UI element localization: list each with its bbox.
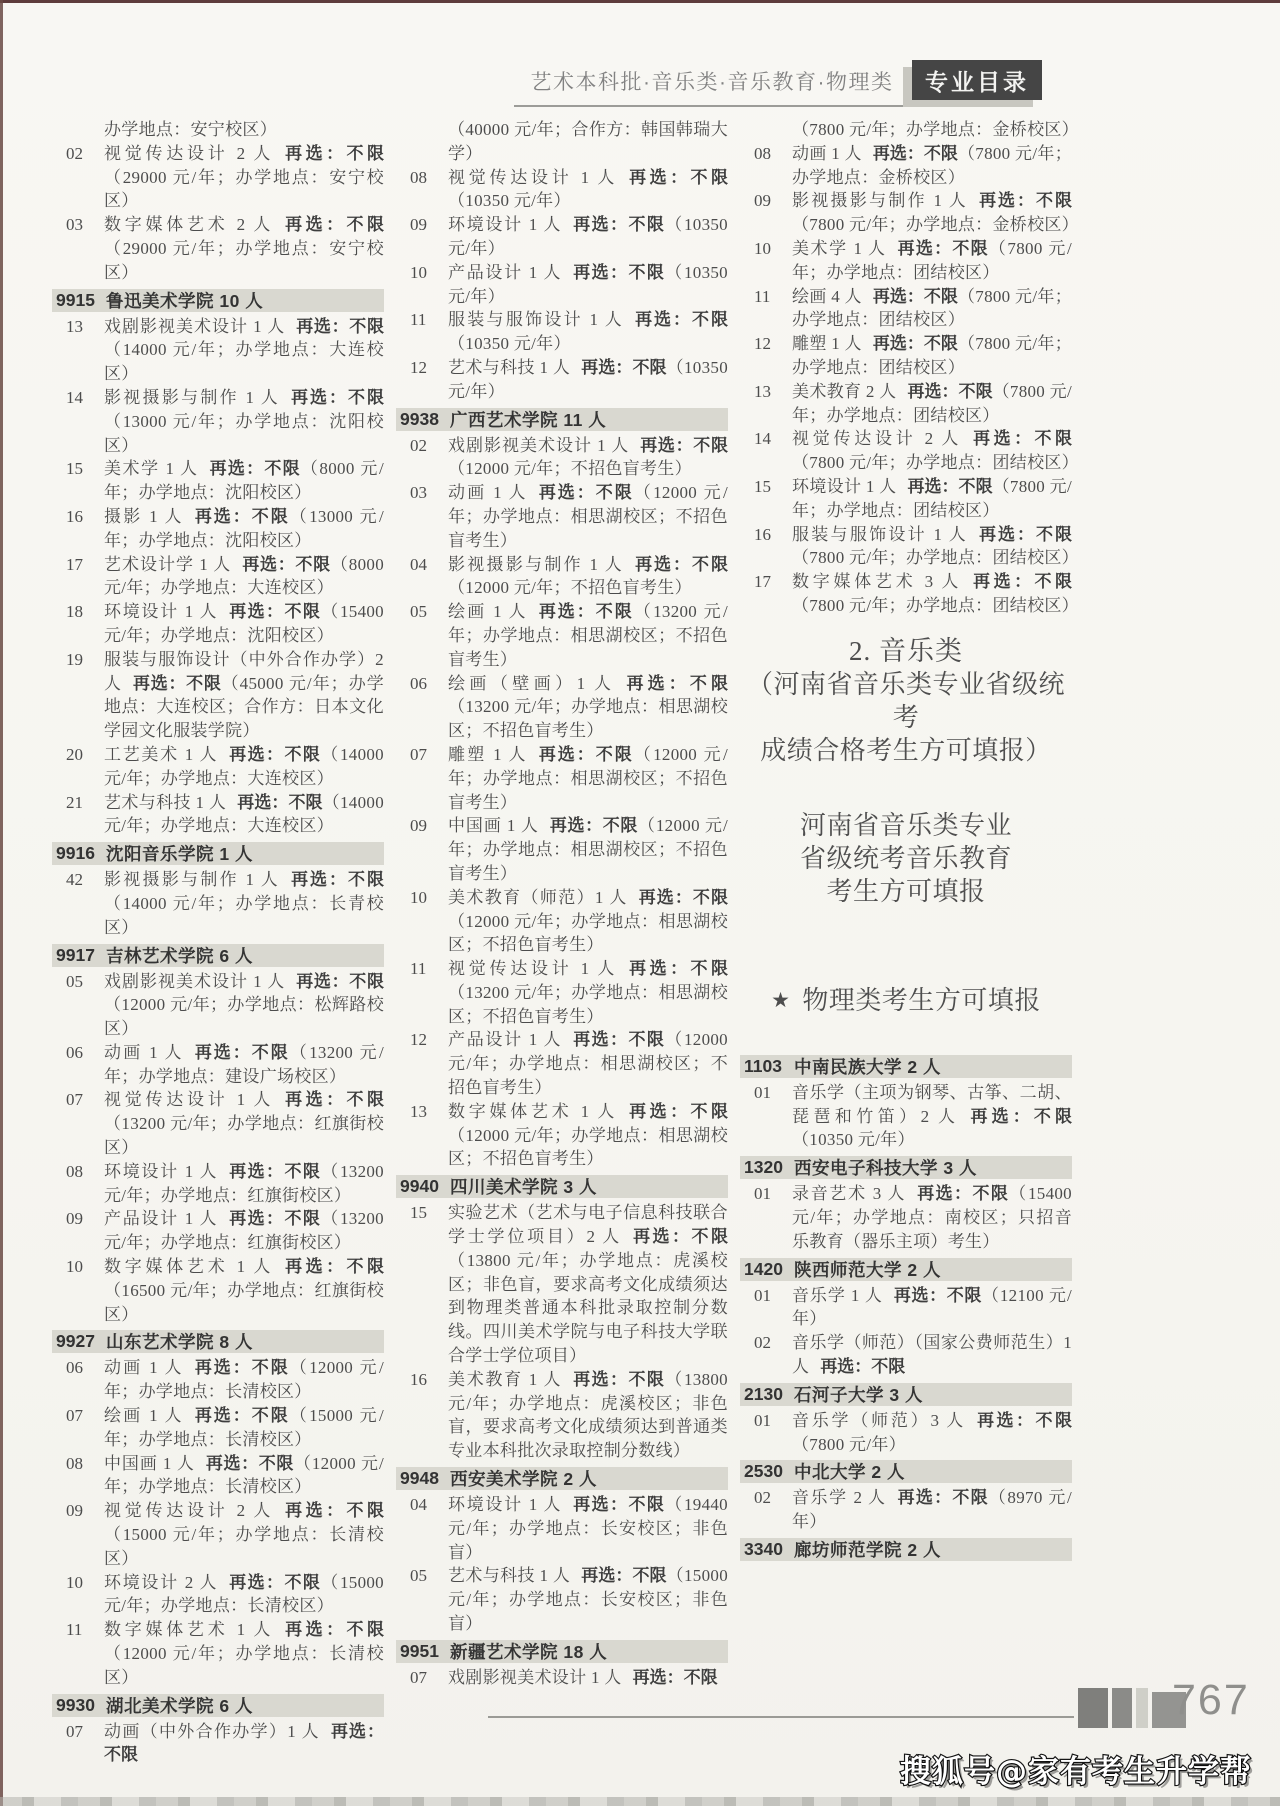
entry-number: 03 bbox=[410, 481, 427, 505]
reselect-requirement: 再选：不限 bbox=[629, 168, 728, 187]
school-name: 西安电子科技大学 3 人 bbox=[794, 1155, 977, 1180]
entry-details: （10350 元/年） bbox=[448, 191, 571, 210]
program-entry-row: 16服装与服饰设计 1 人再选：不限（7800 元/年；办学地点：团结校区） bbox=[740, 523, 1072, 571]
entry-number: 08 bbox=[66, 1452, 83, 1476]
program-name: 艺术与科技 1 人 bbox=[448, 358, 570, 377]
entry-number: 09 bbox=[410, 213, 427, 237]
entry-number: 01 bbox=[754, 1182, 771, 1206]
school-code: 1320 bbox=[740, 1157, 794, 1178]
entry-number: 17 bbox=[66, 553, 83, 577]
reselect-requirement: 再选：不限 bbox=[285, 1501, 384, 1520]
footer-rule bbox=[488, 1716, 1074, 1718]
header-badge: 专业目录 bbox=[912, 60, 1042, 100]
entry-details: （12000 元/年；不招色盲考生） bbox=[448, 459, 692, 478]
program-name: 中国画 1 人 bbox=[448, 816, 539, 835]
entry-details: （13000 元/年；办学地点：沈阳校区） bbox=[104, 412, 384, 455]
school-header-row: 1320西安电子科技大学 3 人 bbox=[740, 1156, 1072, 1179]
entry-number: 09 bbox=[66, 1207, 83, 1231]
entry-number: 07 bbox=[66, 1720, 83, 1744]
reselect-requirement: 再选：不限 bbox=[970, 1107, 1072, 1126]
entry-number: 14 bbox=[66, 386, 83, 410]
school-header-row: 9951新疆艺术学院 18 人 bbox=[396, 1640, 728, 1663]
entry-number: 10 bbox=[66, 1255, 83, 1279]
school-name: 西安美术学院 2 人 bbox=[450, 1466, 597, 1491]
reselect-requirement: 再选：不限 bbox=[873, 334, 958, 353]
program-entry-row: 16摄影 1 人再选：不限（13000 元/年；办学地点：沈阳校区） bbox=[52, 505, 384, 553]
program-entry-row: 01音乐学 1 人再选：不限（12100 元/年） bbox=[740, 1284, 1072, 1332]
program-name: 绘画 1 人 bbox=[104, 1406, 184, 1425]
entry-number: 02 bbox=[754, 1331, 771, 1355]
continuation-line: （40000 元/年；合作方：韩国韩瑞大学） bbox=[396, 118, 728, 166]
entry-details: （12000 元/年；办学地点：相思湖校区；不招色盲考生） bbox=[448, 1126, 728, 1169]
program-entry-row: 05戏剧影视美术设计 1 人再选：不限（12000 元/年；办学地点：松辉路校区… bbox=[52, 970, 384, 1041]
program-entry-row: 01录音艺术 3 人再选：不限（15400 元/年；办学地点：南校区；只招音乐教… bbox=[740, 1182, 1072, 1253]
entry-number: 21 bbox=[66, 791, 83, 815]
reselect-requirement: 再选：不限 bbox=[550, 816, 638, 835]
reselect-requirement: 再选：不限 bbox=[979, 191, 1072, 210]
program-name: 音乐学 2 人 bbox=[792, 1488, 887, 1507]
program-entry-row: 17数字媒体艺术 3 人再选：不限（7800 元/年；办学地点：团结校区） bbox=[740, 570, 1072, 618]
program-entry-row: 07视觉传达设计 1 人再选：不限（13200 元/年；办学地点：红旗街校区） bbox=[52, 1088, 384, 1159]
program-name: 中国画 1 人 bbox=[104, 1454, 195, 1473]
continuation-line: 办学地点：安宁校区） bbox=[52, 118, 384, 142]
reselect-requirement: 再选：不限 bbox=[229, 602, 321, 621]
program-name: 环境设计 1 人 bbox=[792, 477, 897, 496]
school-code: 9915 bbox=[52, 290, 106, 311]
entry-details: （7800 元/年） bbox=[792, 1435, 906, 1454]
program-name: 音乐学 1 人 bbox=[792, 1286, 883, 1305]
program-entry-row: 16美术教育 1 人再选：不限（13800 元/年；办学地点：虎溪校区；非色盲，… bbox=[396, 1368, 728, 1463]
program-name: 产品设计 1 人 bbox=[448, 1030, 562, 1049]
school-code: 9927 bbox=[52, 1331, 106, 1352]
star-icon: ★ bbox=[771, 988, 790, 1012]
entry-details: （13200 元/年；办学地点：红旗街校区） bbox=[104, 1114, 384, 1157]
entry-details: （7800 元/年；办学地点：团结校区） bbox=[792, 453, 1079, 472]
program-entry-row: 04影视摄影与制作 1 人再选：不限（12000 元/年；不招色盲考生） bbox=[396, 553, 728, 601]
entry-number: 01 bbox=[754, 1284, 771, 1308]
program-name: 数字媒体艺术 3 人 bbox=[792, 572, 962, 591]
entry-details: （13200 元/年；办学地点：相思湖校区；不招色盲考生） bbox=[448, 697, 728, 740]
entry-number: 10 bbox=[66, 1571, 83, 1595]
reselect-requirement: 再选：不限 bbox=[908, 382, 993, 401]
entry-number: 06 bbox=[66, 1041, 83, 1065]
reselect-requirement: 再选：不限 bbox=[820, 1357, 905, 1376]
reselect-requirement: 再选：不限 bbox=[285, 144, 384, 163]
program-entry-row: 08视觉传达设计 1 人再选：不限（10350 元/年） bbox=[396, 166, 728, 214]
entry-details: （12000 元/年；不招色盲考生） bbox=[448, 578, 692, 597]
program-name: 影视摄影与制作 1 人 bbox=[448, 555, 624, 574]
program-name: 美术教育 1 人 bbox=[448, 1370, 562, 1389]
entry-details: （12000 元/年；办学地点：相思湖校区；不招色盲考生） bbox=[448, 912, 728, 955]
program-name: 戏剧影视美术设计 1 人 bbox=[448, 436, 629, 455]
program-entry-row: 09环境设计 1 人再选：不限（10350 元/年） bbox=[396, 213, 728, 261]
program-name: 绘画 1 人 bbox=[448, 602, 528, 621]
school-name: 廊坊师范学院 2 人 bbox=[794, 1537, 941, 1562]
continuation-line: （7800 元/年；办学地点：金桥校区） bbox=[740, 118, 1072, 142]
program-name: 环境设计 2 人 bbox=[104, 1573, 218, 1592]
section-subheading: （河南省音乐类专业省级统考 bbox=[740, 668, 1072, 734]
program-entry-row: 20工艺美术 1 人再选：不限（14000 元/年；办学地点：大连校区） bbox=[52, 743, 384, 791]
program-entry-row: 05绘画 1 人再选：不限（13200 元/年；办学地点：相思湖校区；不招色盲考… bbox=[396, 600, 728, 671]
reselect-requirement: 再选：不限 bbox=[296, 972, 384, 991]
reselect-requirement: 再选：不限 bbox=[285, 1090, 384, 1109]
entry-details: （10350 元/年） bbox=[792, 1130, 915, 1149]
school-header-row: 2130石河子大学 3 人 bbox=[740, 1383, 1072, 1406]
program-entry-row: 10数字媒体艺术 1 人再选：不限（16500 元/年；办学地点：红旗街校区） bbox=[52, 1255, 384, 1326]
entry-number: 07 bbox=[66, 1088, 83, 1112]
reselect-requirement: 再选：不限 bbox=[873, 287, 958, 306]
reselect-requirement: 再选：不限 bbox=[195, 1043, 290, 1062]
school-header-row: 9915鲁迅美术学院 10 人 bbox=[52, 289, 384, 312]
school-code: 3340 bbox=[740, 1539, 794, 1560]
school-name: 石河子大学 3 人 bbox=[794, 1382, 923, 1407]
entry-number: 13 bbox=[754, 380, 771, 404]
program-entry-row: 13戏剧影视美术设计 1 人再选：不限（14000 元/年；办学地点：大连校区） bbox=[52, 315, 384, 386]
entry-number: 05 bbox=[410, 600, 427, 624]
program-name: 数字媒体艺术 2 人 bbox=[104, 215, 274, 234]
school-header-row: 9917吉林艺术学院 6 人 bbox=[52, 944, 384, 967]
program-name: 视觉传达设计 2 人 bbox=[792, 429, 962, 448]
program-entry-row: 09产品设计 1 人再选：不限（13200 元/年；办学地点：红旗街校区） bbox=[52, 1207, 384, 1255]
watermark-text: 搜狐号@家有考生升学帮 bbox=[900, 1746, 1252, 1791]
reselect-requirement: 再选：不限 bbox=[573, 1030, 665, 1049]
section-subheading: 考生方可填报 bbox=[740, 875, 1072, 908]
school-header-row: 9916沈阳音乐学院 1 人 bbox=[52, 842, 384, 865]
page-number: 767 bbox=[1172, 1676, 1250, 1725]
program-name: 艺术与科技 1 人 bbox=[104, 793, 226, 812]
entry-number: 08 bbox=[754, 142, 771, 166]
reselect-requirement: 再选：不限 bbox=[539, 602, 634, 621]
entry-details: （14000 元/年；办学地点：长青校区） bbox=[104, 894, 384, 937]
reselect-requirement: 再选：不限 bbox=[873, 144, 958, 163]
header-title: 艺术本科批·音乐类·音乐教育·物理类 bbox=[531, 71, 894, 94]
program-name: 艺术与科技 1 人 bbox=[448, 1566, 570, 1585]
entry-number: 15 bbox=[410, 1201, 427, 1225]
program-entry-row: 07动画（中外合作办学）1 人再选：不限 bbox=[52, 1720, 384, 1768]
entry-details: （7800 元/年；办学地点：团结校区） bbox=[792, 548, 1079, 567]
program-entry-row: 13美术教育 2 人再选：不限（7800 元/年；办学地点：团结校区） bbox=[740, 380, 1072, 428]
reselect-requirement: 再选：不限 bbox=[206, 1454, 294, 1473]
star-note-text: 物理类考生方可填报 bbox=[802, 986, 1041, 1015]
entry-number: 16 bbox=[410, 1368, 427, 1392]
reselect-requirement: 再选：不限 bbox=[133, 674, 222, 693]
program-entry-row: 07绘画 1 人再选：不限（15000 元/年；办学地点：长清校区） bbox=[52, 1404, 384, 1452]
reselect-requirement: 再选：不限 bbox=[581, 1566, 666, 1585]
entry-details: （13800 元/年；办学地点：虎溪校区；非色盲，要求高考文化成绩须达到物理类普… bbox=[448, 1251, 728, 1365]
program-entry-row: 08中国画 1 人再选：不限（12000 元/年；办学地点：长清校区） bbox=[52, 1452, 384, 1500]
reselect-requirement: 再选：不限 bbox=[285, 1257, 384, 1276]
header-title-underline: 艺术本科批·音乐类·音乐教育·物理类 bbox=[514, 66, 910, 107]
program-entry-row: 09中国画 1 人再选：不限（12000 元/年；办学地点：相思湖校区；不招色盲… bbox=[396, 814, 728, 885]
school-header-row: 1420陕西师范大学 2 人 bbox=[740, 1258, 1072, 1281]
program-name: 美术学 1 人 bbox=[104, 459, 199, 478]
program-name: 环境设计 1 人 bbox=[448, 1495, 562, 1514]
entry-number: 10 bbox=[410, 886, 427, 910]
program-name: 雕塑 1 人 bbox=[792, 334, 862, 353]
footer-square bbox=[1136, 1688, 1148, 1728]
reselect-requirement: 再选：不限 bbox=[973, 572, 1072, 591]
program-entry-row: 02戏剧影视美术设计 1 人再选：不限（12000 元/年；不招色盲考生） bbox=[396, 434, 728, 482]
entry-number: 19 bbox=[66, 648, 83, 672]
entry-number: 04 bbox=[410, 553, 427, 577]
entry-number: 01 bbox=[754, 1081, 771, 1105]
entry-number: 11 bbox=[66, 1618, 82, 1642]
program-entry-row: 08环境设计 1 人再选：不限（13200 元/年；办学地点：红旗街校区） bbox=[52, 1160, 384, 1208]
entry-number: 13 bbox=[66, 315, 83, 339]
entry-number: 04 bbox=[410, 1493, 427, 1517]
school-code: 2530 bbox=[740, 1461, 794, 1482]
program-name: 美术教育 2 人 bbox=[792, 382, 897, 401]
program-name: 动画 1 人 bbox=[792, 144, 862, 163]
program-entry-row: 12雕塑 1 人再选：不限（7800 元/年；办学地点：团结校区） bbox=[740, 332, 1072, 380]
program-name: 摄影 1 人 bbox=[104, 507, 184, 526]
reselect-requirement: 再选：不限 bbox=[633, 1227, 728, 1246]
reselect-requirement: 再选：不限 bbox=[898, 1488, 989, 1507]
scanned-catalog-page: 艺术本科批·音乐类·音乐教育·物理类 专业目录 办学地点：安宁校区）02视觉传达… bbox=[0, 0, 1280, 1806]
program-name: 服装与服饰设计 1 人 bbox=[448, 310, 624, 329]
entry-number: 07 bbox=[410, 1666, 427, 1690]
school-header-row: 9948西安美术学院 2 人 bbox=[396, 1467, 728, 1490]
program-name: 视觉传达设计 1 人 bbox=[448, 959, 618, 978]
program-entry-row: 12艺术与科技 1 人再选：不限（10350 元/年） bbox=[396, 356, 728, 404]
reselect-requirement: 再选：不限 bbox=[195, 1406, 290, 1425]
program-entry-row: 08动画 1 人再选：不限（7800 元/年；办学地点：金桥校区） bbox=[740, 142, 1072, 190]
footer-square bbox=[1078, 1688, 1108, 1728]
entry-number: 12 bbox=[410, 1028, 427, 1052]
program-name: 绘画 4 人 bbox=[792, 287, 862, 306]
program-name: 环境设计 1 人 bbox=[448, 215, 562, 234]
reselect-requirement: 再选：不限 bbox=[894, 1286, 982, 1305]
reselect-requirement: 再选：不限 bbox=[296, 317, 384, 336]
entry-number: 20 bbox=[66, 743, 83, 767]
program-entry-row: 07雕塑 1 人再选：不限（12000 元/年；办学地点：相思湖校区；不招色盲考… bbox=[396, 743, 728, 814]
program-name: 戏剧影视美术设计 1 人 bbox=[448, 1668, 622, 1687]
program-entry-row: 21艺术与科技 1 人再选：不限（14000 元/年；办学地点：大连校区） bbox=[52, 791, 384, 839]
entry-number: 09 bbox=[754, 189, 771, 213]
reselect-requirement: 再选：不限 bbox=[635, 310, 728, 329]
reselect-requirement: 再选：不限 bbox=[195, 507, 290, 526]
program-name: 数字媒体艺术 1 人 bbox=[104, 1620, 274, 1639]
program-entry-row: 02音乐学（师范）（国家公费师范生）1 人再选：不限 bbox=[740, 1331, 1072, 1379]
program-entry-row: 12产品设计 1 人再选：不限（12000 元/年；办学地点：相思湖校区；不招色… bbox=[396, 1028, 728, 1099]
reselect-requirement: 再选：不限 bbox=[979, 525, 1072, 544]
reselect-requirement: 再选：不限 bbox=[898, 239, 989, 258]
program-entry-row: 02视觉传达设计 2 人再选：不限（29000 元/年；办学地点：安宁校区） bbox=[52, 142, 384, 213]
reselect-requirement: 再选：不限 bbox=[237, 793, 322, 812]
entry-number: 17 bbox=[754, 570, 771, 594]
entry-number: 05 bbox=[410, 1564, 427, 1588]
program-name: 雕塑 1 人 bbox=[448, 745, 528, 764]
program-entry-row: 10美术教育（师范）1 人再选：不限（12000 元/年；办学地点：相思湖校区；… bbox=[396, 886, 728, 957]
entry-number: 12 bbox=[410, 356, 427, 380]
program-name: 数字媒体艺术 1 人 bbox=[448, 1102, 618, 1121]
entry-details: （12000 元/年；办学地点：长清校区） bbox=[104, 1644, 384, 1687]
program-entry-row: 03数字媒体艺术 2 人再选：不限（29000 元/年；办学地点：安宁校区） bbox=[52, 213, 384, 284]
section-subheading: 成绩合格考生方可填报） bbox=[740, 734, 1072, 767]
school-code: 1103 bbox=[740, 1056, 794, 1077]
program-name: 动画（中外合作办学）1 人 bbox=[104, 1722, 320, 1741]
reselect-requirement: 再选：不限 bbox=[639, 888, 728, 907]
program-name: 影视摄影与制作 1 人 bbox=[104, 388, 280, 407]
school-code: 9948 bbox=[396, 1468, 450, 1489]
reselect-requirement: 再选：不限 bbox=[539, 483, 634, 502]
reselect-requirement: 再选：不限 bbox=[285, 215, 384, 234]
entry-number: 14 bbox=[754, 427, 771, 451]
program-entry-row: 17艺术设计学 1 人再选：不限（8000 元/年；办学地点：大连校区） bbox=[52, 553, 384, 601]
program-entry-row: 11视觉传达设计 1 人再选：不限（13200 元/年；办学地点：相思湖校区；不… bbox=[396, 957, 728, 1028]
reselect-requirement: 再选：不限 bbox=[242, 555, 331, 574]
reselect-requirement: 再选：不限 bbox=[291, 870, 384, 889]
reselect-requirement: 再选：不限 bbox=[908, 477, 993, 496]
school-code: 9916 bbox=[52, 843, 106, 864]
program-entry-row: 42影视摄影与制作 1 人再选：不限（14000 元/年；办学地点：长青校区） bbox=[52, 868, 384, 939]
spacer bbox=[740, 618, 1072, 634]
school-name: 沈阳音乐学院 1 人 bbox=[106, 841, 253, 866]
scan-edge-left bbox=[0, 0, 3, 1806]
program-entry-row: 06绘画（壁画）1 人再选：不限（13200 元/年；办学地点：相思湖校区；不招… bbox=[396, 672, 728, 743]
entry-number: 02 bbox=[410, 434, 427, 458]
school-name: 广西艺术学院 11 人 bbox=[450, 407, 606, 432]
entry-details: （7800 元/年；办学地点：金桥校区） bbox=[792, 215, 1079, 234]
program-entry-row: 01音乐学（师范）3 人再选：不限（7800 元/年） bbox=[740, 1409, 1072, 1457]
school-name: 新疆艺术学院 18 人 bbox=[450, 1639, 607, 1664]
column-3: （7800 元/年；办学地点：金桥校区）08动画 1 人再选：不限（7800 元… bbox=[740, 118, 1072, 1564]
entry-details: （13200 元/年；办学地点：相思湖校区；不招色盲考生） bbox=[448, 983, 728, 1026]
program-name: 数字媒体艺术 1 人 bbox=[104, 1257, 274, 1276]
reselect-requirement: 再选：不限 bbox=[285, 1620, 384, 1639]
program-name: 戏剧影视美术设计 1 人 bbox=[104, 972, 285, 991]
program-entry-row: 06动画 1 人再选：不限（12000 元/年；办学地点：长清校区） bbox=[52, 1356, 384, 1404]
program-name: 影视摄影与制作 1 人 bbox=[104, 870, 280, 889]
program-name: 动画 1 人 bbox=[104, 1358, 184, 1377]
entry-number: 11 bbox=[410, 957, 426, 981]
entry-number: 03 bbox=[66, 213, 83, 237]
entry-details: （14000 元/年；办学地点：大连校区） bbox=[104, 340, 384, 383]
program-name: 环境设计 1 人 bbox=[104, 1162, 218, 1181]
entry-number: 09 bbox=[66, 1499, 83, 1523]
footer-decoration-squares bbox=[1078, 1688, 1186, 1728]
entry-number: 06 bbox=[66, 1356, 83, 1380]
program-name: 影视摄影与制作 1 人 bbox=[792, 191, 968, 210]
entry-number: 11 bbox=[410, 308, 426, 332]
column-2: （40000 元/年；合作方：韩国韩瑞大学）08视觉传达设计 1 人再选：不限（… bbox=[396, 118, 728, 1690]
entry-details: （29000 元/年；办学地点：安宁校区） bbox=[104, 168, 384, 211]
school-header-row: 9930湖北美术学院 6 人 bbox=[52, 1694, 384, 1717]
page-header: 艺术本科批·音乐类·音乐教育·物理类 专业目录 bbox=[0, 58, 1280, 104]
reselect-requirement: 再选：不限 bbox=[629, 1102, 728, 1121]
section-heading: 2. 音乐类 bbox=[740, 634, 1072, 668]
entry-number: 15 bbox=[66, 457, 83, 481]
program-entry-row: 10美术学 1 人再选：不限（7800 元/年；办学地点：团结校区） bbox=[740, 237, 1072, 285]
reselect-requirement: 再选：不限 bbox=[573, 1370, 665, 1389]
program-name: 音乐学（师范）3 人 bbox=[792, 1411, 966, 1430]
school-name: 湖北美术学院 6 人 bbox=[106, 1693, 253, 1718]
program-entry-row: 19服装与服饰设计（中外合作办学）2 人再选：不限（45000 元/年；办学地点… bbox=[52, 648, 384, 743]
entry-number: 02 bbox=[754, 1486, 771, 1510]
entry-number: 16 bbox=[754, 523, 771, 547]
spacer bbox=[740, 908, 1072, 984]
program-entry-row: 10环境设计 2 人再选：不限（15000 元/年；办学地点：长清校区） bbox=[52, 1571, 384, 1619]
program-name: 视觉传达设计 2 人 bbox=[104, 1501, 274, 1520]
reselect-requirement: 再选：不限 bbox=[210, 459, 301, 478]
program-name: 环境设计 1 人 bbox=[104, 602, 218, 621]
entry-number: 07 bbox=[66, 1404, 83, 1428]
program-entry-row: 14视觉传达设计 2 人再选：不限（7800 元/年；办学地点：团结校区） bbox=[740, 427, 1072, 475]
school-name: 鲁迅美术学院 10 人 bbox=[106, 288, 263, 313]
program-name: 美术教育（师范）1 人 bbox=[448, 888, 628, 907]
reselect-requirement: 再选：不限 bbox=[573, 1495, 665, 1514]
program-entry-row: 06动画 1 人再选：不限（13200 元/年；办学地点：建设广场校区） bbox=[52, 1041, 384, 1089]
entry-details: （7800 元/年；办学地点：团结校区） bbox=[792, 596, 1079, 615]
program-name: 美术学 1 人 bbox=[792, 239, 887, 258]
reselect-requirement: 再选：不限 bbox=[973, 429, 1072, 448]
school-name: 山东艺术学院 8 人 bbox=[106, 1329, 253, 1354]
program-entry-row: 09视觉传达设计 2 人再选：不限（15000 元/年；办学地点：长清校区） bbox=[52, 1499, 384, 1570]
school-code: 9930 bbox=[52, 1695, 106, 1716]
entry-number: 08 bbox=[410, 166, 427, 190]
school-header-row: 1103中南民族大学 2 人 bbox=[740, 1055, 1072, 1078]
entry-number: 08 bbox=[66, 1160, 83, 1184]
reselect-requirement: 再选：不限 bbox=[229, 1209, 321, 1228]
program-name: 戏剧影视美术设计 1 人 bbox=[104, 317, 285, 336]
program-name: 录音艺术 3 人 bbox=[792, 1184, 906, 1203]
scan-edge-top bbox=[0, 0, 1280, 3]
reselect-requirement: 再选：不限 bbox=[573, 263, 665, 282]
program-name: 视觉传达设计 1 人 bbox=[448, 168, 618, 187]
column-1: 办学地点：安宁校区）02视觉传达设计 2 人再选：不限（29000 元/年；办学… bbox=[52, 118, 384, 1767]
school-code: 9938 bbox=[396, 409, 450, 430]
program-entry-row: 09影视摄影与制作 1 人再选：不限（7800 元/年；办学地点：金桥校区） bbox=[740, 189, 1072, 237]
reselect-requirement: 再选：不限 bbox=[633, 1668, 718, 1687]
entry-details: （29000 元/年；办学地点：安宁校区） bbox=[104, 239, 384, 282]
footer-square bbox=[1112, 1688, 1132, 1728]
reselect-requirement: 再选：不限 bbox=[229, 745, 321, 764]
program-entry-row: 18环境设计 1 人再选：不限（15400 元/年；办学地点：沈阳校区） bbox=[52, 600, 384, 648]
program-name: 视觉传达设计 2 人 bbox=[104, 144, 274, 163]
section-subheading: 河南省音乐类专业 bbox=[740, 809, 1072, 842]
section-subheading: 省级统考音乐教育 bbox=[740, 842, 1072, 875]
star-note-line: ★物理类考生方可填报 bbox=[740, 984, 1072, 1019]
school-code: 1420 bbox=[740, 1259, 794, 1280]
entry-number: 09 bbox=[410, 814, 427, 838]
entry-number: 13 bbox=[410, 1100, 427, 1124]
program-entry-row: 11绘画 4 人再选：不限（7800 元/年；办学地点：团结校区） bbox=[740, 285, 1072, 333]
entry-number: 07 bbox=[410, 743, 427, 767]
school-code: 9951 bbox=[396, 1641, 450, 1662]
school-header-row: 3340廊坊师范学院 2 人 bbox=[740, 1538, 1072, 1561]
reselect-requirement: 再选：不限 bbox=[629, 959, 728, 978]
program-name: 工艺美术 1 人 bbox=[104, 745, 218, 764]
school-header-row: 2530中北大学 2 人 bbox=[740, 1460, 1072, 1483]
scan-edge-bottom bbox=[0, 1797, 1280, 1806]
entry-number: 02 bbox=[66, 142, 83, 166]
reselect-requirement: 再选：不限 bbox=[977, 1411, 1072, 1430]
program-entry-row: 15环境设计 1 人再选：不限（7800 元/年；办学地点：团结校区） bbox=[740, 475, 1072, 523]
program-entry-row: 15美术学 1 人再选：不限（8000 元/年；办学地点：沈阳校区） bbox=[52, 457, 384, 505]
school-name: 中北大学 2 人 bbox=[794, 1459, 905, 1484]
entry-details: （12000 元/年；办学地点：松辉路校区） bbox=[104, 995, 384, 1038]
entry-number: 01 bbox=[754, 1409, 771, 1433]
program-entry-row: 11数字媒体艺术 1 人再选：不限（12000 元/年；办学地点：长清校区） bbox=[52, 1618, 384, 1689]
entry-details: （16500 元/年；办学地点：红旗街校区） bbox=[104, 1281, 384, 1324]
school-code: 9940 bbox=[396, 1176, 450, 1197]
entry-number: 18 bbox=[66, 600, 83, 624]
program-entry-row: 01音乐学（主项为钢琴、古筝、二胡、琵琶和竹笛）2 人再选：不限（10350 元… bbox=[740, 1081, 1072, 1152]
program-name: 绘画（壁画）1 人 bbox=[448, 674, 615, 693]
program-name: 艺术设计学 1 人 bbox=[104, 555, 231, 574]
program-entry-row: 10产品设计 1 人再选：不限（10350 元/年） bbox=[396, 261, 728, 309]
program-entry-row: 11服装与服饰设计 1 人再选：不限（10350 元/年） bbox=[396, 308, 728, 356]
